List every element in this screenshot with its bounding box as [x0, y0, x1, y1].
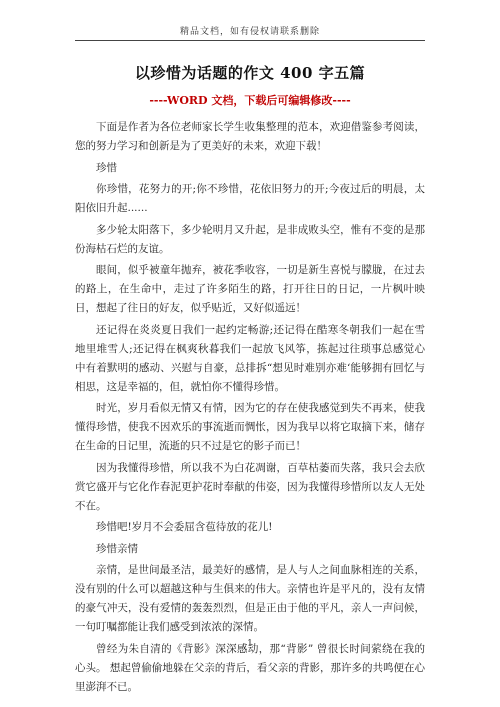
paragraph: 亲情，是世间最圣洁，最美好的感情，是人与人之间血脉相连的关系，没有别的什么可以超… [75, 561, 425, 637]
document-body: 下面是作者为各位老师家长学生收集整理的范本，欢迎借鉴参考阅读，您的努力学习和创新… [75, 118, 425, 697]
paragraph-intro: 下面是作者为各位老师家长学生收集整理的范本，欢迎借鉴参考阅读，您的努力学习和创新… [75, 118, 425, 156]
paragraph: 因为我懂得珍惜，所以我不为白花凋谢，百草枯萎而失落，我只会去欣赏它盛开与它化作春… [75, 459, 425, 516]
document-page: 精品文档，如有侵权请联系删除 以珍惜为话题的作文 400 字五篇 ----WOR… [0, 0, 500, 707]
paragraph: 多少轮太阳落下，多少轮明月又升起，是非成败头空，惟有不变的是那份海枯石烂的友谊。 [75, 221, 425, 259]
document-subtitle: ----WORD 文档，下载后可编辑修改---- [75, 92, 425, 108]
paragraph: 还记得在炎炎夏日我们一起约定畅游;还记得在酷寒冬朝我们一起在雪地里堆雪人;还记得… [75, 321, 425, 397]
header-disclaimer-text: 精品文档，如有侵权请联系删除 [180, 27, 320, 37]
document-title: 以珍惜为话题的作文 400 字五篇 [75, 62, 425, 83]
section-heading-cherish: 珍惜 [75, 159, 425, 178]
page-footer: 1 [0, 639, 500, 649]
page-number: 1 [247, 639, 253, 649]
section-heading-family: 珍惜亲情 [75, 540, 425, 559]
paragraph: 眼间，似乎被童年抛弃，被花季收容，一切是新生喜悦与朦胧，在过去的路上，在生命中，… [75, 261, 425, 318]
paragraph: 时光，岁月看似无情又有情，因为它的存在使我感觉到失不再来，使我懂得珍惜，使我不因… [75, 399, 425, 456]
paragraph: 你珍惜，花努力的开;你不珍惜，花依旧努力的开;今夜过后的明晨，太阳依旧升起...… [75, 180, 425, 218]
page-header: 精品文档，如有侵权请联系删除 [75, 24, 425, 41]
paragraph: 珍惜吧!岁月不会委屈含苞待放的花儿! [75, 518, 425, 537]
